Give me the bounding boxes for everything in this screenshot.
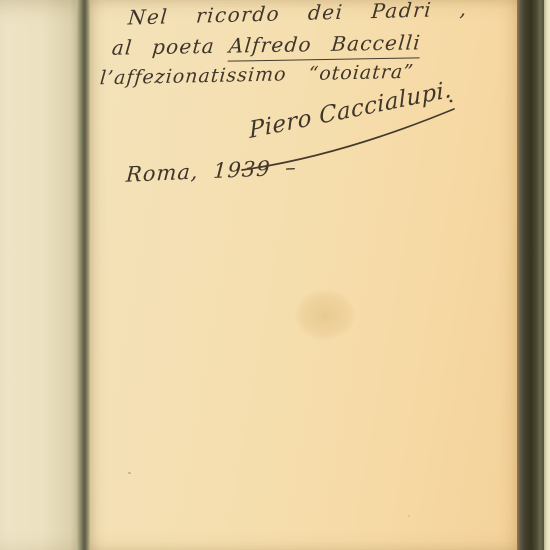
inscription-line-dedicatee: al poetaAlfredo Baccelli — [111, 30, 422, 59]
dedicatee-prefix: al poeta — [111, 34, 230, 60]
inscription-line-selfdescription: l’affezionatissimo “otoiatra” — [99, 61, 415, 90]
place-date-line: Roma, 1939 – — [125, 155, 297, 187]
handwritten-inscription: Nel ricordo dei Padri , al poetaAlfredo … — [90, 0, 518, 550]
signature: Piero Caccialupi. — [248, 77, 452, 144]
book-photo: Nel ricordo dei Padri , al poetaAlfredo … — [0, 0, 550, 550]
page-edge-highlight — [544, 0, 550, 550]
book-page: Nel ricordo dei Padri , al poetaAlfredo … — [90, 0, 518, 550]
book-cover-edge — [517, 0, 544, 550]
dedicatee-name-underlined: Alfredo Baccelli — [228, 30, 423, 61]
inscription-line-dedication: Nel ricordo dei Padri , — [127, 0, 469, 29]
flyleaf-page-edge — [0, 0, 78, 550]
